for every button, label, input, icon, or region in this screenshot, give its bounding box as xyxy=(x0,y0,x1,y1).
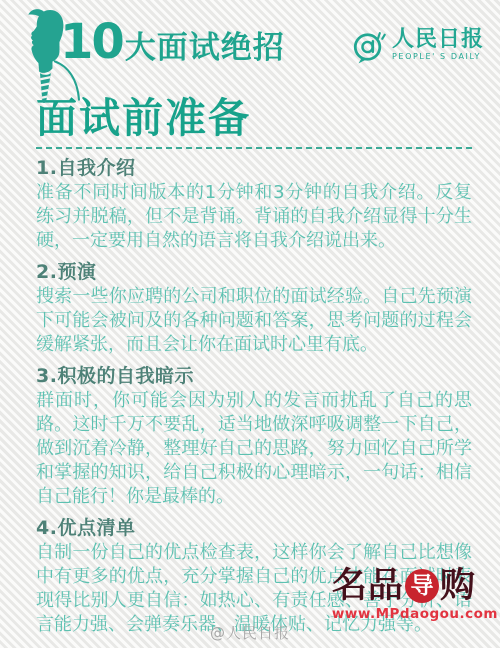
section-heading: 3.积极的自我暗示 xyxy=(36,365,472,387)
series-title: 10 大面试绝招 xyxy=(60,18,285,66)
peoples-daily-cn: 人民日报 xyxy=(392,28,484,52)
watermark-circle-glyph: 导 xyxy=(405,569,439,603)
section-body: 搜索一些你应聘的公司和职位的面试经验。自己先预演下可能会被问及的各种问题和答案，… xyxy=(36,285,472,357)
footer-credit: @人民日报 xyxy=(0,622,500,643)
man-silhouette-icon xyxy=(8,6,86,106)
content-card: 面试前准备 1.自我介绍 准备不同时间版本的1分钟和3分钟的自我介绍。反复练习并… xyxy=(0,96,500,637)
peoples-daily-logo: 人民日报 PEOPLE' S DAILY xyxy=(352,28,484,65)
watermark-brand-left: 名品 xyxy=(332,567,404,605)
infographic-page: 10 大面试绝招 人民日报 PEOPLE' S DAILY 面试前准备 1.自我… xyxy=(0,0,500,648)
section-heading: 2.预演 xyxy=(36,261,472,283)
series-title-text: 大面试绝招 xyxy=(125,31,285,65)
watermark-url: www.MPdaogou.com xyxy=(332,606,498,622)
section-body: 准备不同时间版本的1分钟和3分钟的自我介绍。反复练习并脱稿，但不是背诵。背诵的自… xyxy=(36,181,472,253)
at-speech-bubble-icon xyxy=(352,29,388,65)
watermark-brand-right: 购 xyxy=(440,567,476,605)
section-self-introduction: 1.自我介绍 准备不同时间版本的1分钟和3分钟的自我介绍。反复练习并脱稿，但不是… xyxy=(36,157,472,253)
section-heading: 1.自我介绍 xyxy=(36,157,472,179)
peoples-daily-wordmark: 人民日报 PEOPLE' S DAILY xyxy=(392,28,484,62)
section-positive-self-suggestion: 3.积极的自我暗示 群面时，你可能会因为别人的发言而扰乱了自己的思路。这时千万不… xyxy=(36,365,472,509)
dashed-divider xyxy=(36,147,472,149)
section-heading: 4.优点清单 xyxy=(36,517,472,539)
section-body: 群面时，你可能会因为别人的发言而扰乱了自己的思路。这时千万不要乱，适当地做深呼吸… xyxy=(36,389,472,509)
page-title: 面试前准备 xyxy=(36,96,472,140)
section-rehearsal: 2.预演 搜索一些你应聘的公司和职位的面试经验。自己先预演下可能会被问及的各种问… xyxy=(36,261,472,357)
watermark: 名品 导 购 www.MPdaogou.com xyxy=(332,567,498,622)
watermark-brand: 名品 导 购 xyxy=(332,567,498,605)
peoples-daily-en: PEOPLE' S DAILY xyxy=(392,52,484,62)
header: 10 大面试绝招 人民日报 PEOPLE' S DAILY xyxy=(0,0,500,94)
